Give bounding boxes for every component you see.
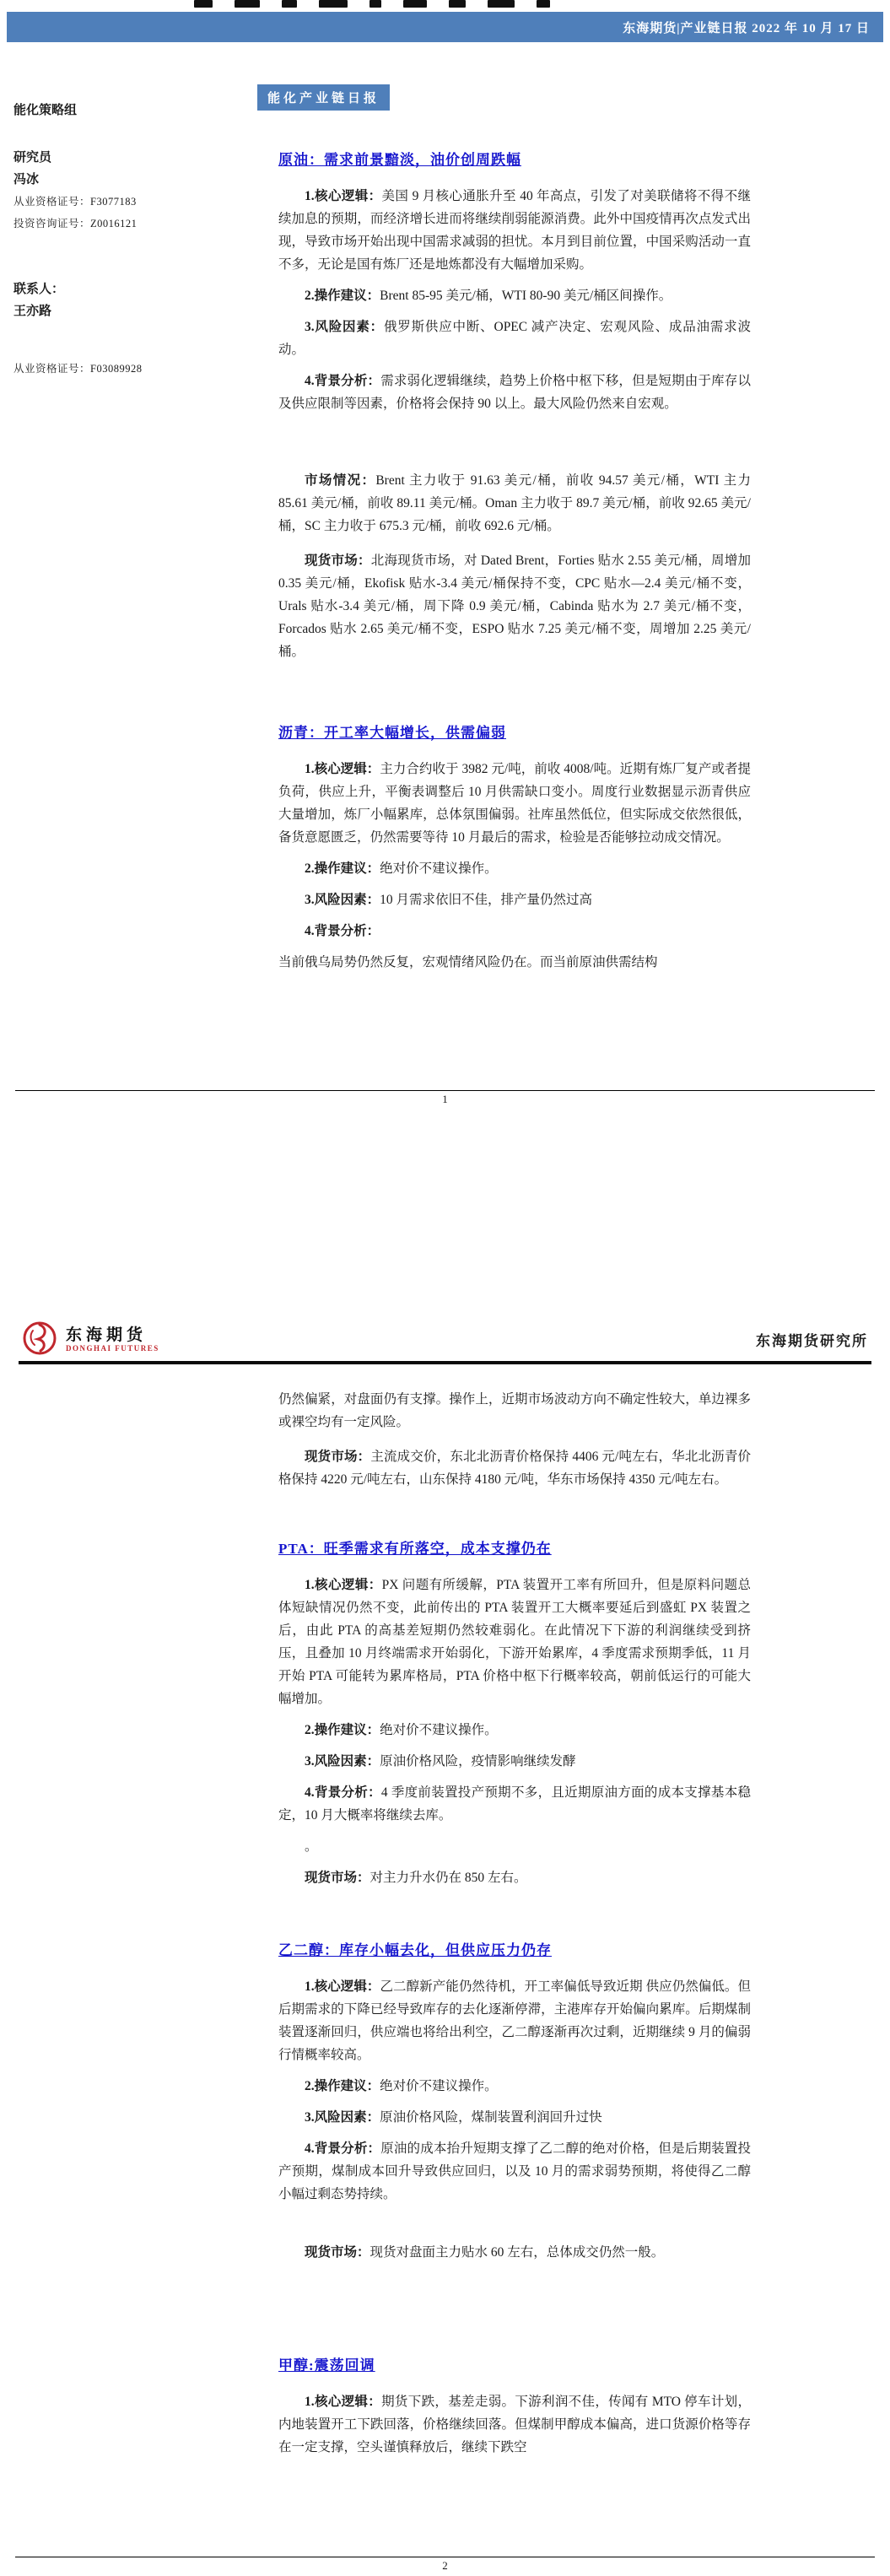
meg-advice: 2.操作建议：绝对价不建议操作。 [278, 2075, 751, 2098]
report-header-title: 东海期货|产业链日报 2022 年 10 月 17 日 [623, 19, 870, 36]
page-number: 2 [442, 2559, 448, 2572]
para-lead: 2.操作建议： [305, 2079, 380, 2093]
page-1: 东海期货|产业链日报 2022 年 10 月 17 日 能化策略组 研究员 冯冰… [0, 0, 890, 1110]
pta-spot: 现货市场：对主力升水仍在 850 左右。 [278, 1866, 751, 1889]
para-lead: 4.背景分析： [305, 2141, 380, 2156]
para-lead: 2.操作建议： [305, 289, 380, 303]
report-header-bar: 东海期货|产业链日报 2022 年 10 月 17 日 [7, 12, 883, 42]
asphalt-core-logic: 1.核心逻辑：主力合约收于 3982 元/吨，前收 4008/吨。近期有炼厂复产… [278, 758, 751, 849]
contact-qualification-no: 从业资格证号：F03089928 [13, 358, 157, 380]
page-2: 东海期货 DONGHAI FUTURES 东海期货研究所 仍然偏紧，对盘面仍有支… [0, 1312, 890, 2576]
meg-core-logic: 1.核心逻辑：乙二醇新产能仍然待机，开工率偏低导致近期 供应仍然偏低。但后期需求… [278, 1975, 751, 2066]
page2-footer: 2 [15, 2557, 875, 2573]
para-lead: 1.核心逻辑： [305, 1578, 382, 1592]
para-text: 绝对价不建议操作。 [380, 2079, 498, 2093]
para-text: 绝对价不建议操作。 [380, 861, 498, 876]
page-break-gap [0, 1110, 890, 1312]
para-lead: 现货市场： [305, 554, 371, 568]
para-text: 现货对盘面主力贴水 60 左右，总体成交仍然一般。 [370, 2245, 665, 2260]
para-text: PX 问题有所缓解，PTA 装置开工率有所回升，但是原料问题总体短缺情况仍然不变… [278, 1578, 751, 1706]
author-sidebar: 能化策略组 研究员 冯冰 从业资格证号：F3077183 投资咨询证号：Z001… [13, 100, 157, 380]
header-rule [19, 1361, 871, 1364]
para-lead: 3.风险因素： [305, 320, 384, 334]
meg-background: 4.背景分析：原油的成本抬升短期支撑了乙二醇的绝对价格，但是后期装置投产预期，煤… [278, 2137, 751, 2206]
donghai-brand: 东海期货 DONGHAI FUTURES [20, 1319, 159, 1362]
para-lead: 现货市场： [305, 1871, 370, 1885]
para-text: 。 [305, 1839, 318, 1854]
para-text: 仍然偏紧，对盘面仍有支撑。操作上，近期市场波动方向不确定性较大，单边裸多或裸空均… [278, 1392, 751, 1429]
page2-header: 东海期货 DONGHAI FUTURES 东海期货研究所 [19, 1317, 871, 1361]
para-text: 当前俄乌局势仍然反复，宏观情绪风险仍在。而当前原油供需结构 [278, 955, 658, 969]
crude-section-title: 原油：需求前景黯淡，油价创周跌幅 [278, 149, 751, 171]
para-text: 对主力升水仍在 850 左右。 [370, 1871, 527, 1885]
para-lead: 现货市场： [305, 1450, 370, 1464]
para-lead: 1.核心逻辑： [305, 2395, 381, 2409]
donghai-logo-icon [20, 1319, 59, 1362]
para-lead: 2.操作建议： [305, 1723, 380, 1737]
team-name: 能化策略组 [13, 100, 157, 122]
crude-spot: 现货市场：北海现货市场，对 Dated Brent，Forties 贴水 2.5… [278, 549, 751, 663]
meg-risks: 3.风险因素：原油价格风险，煤制装置利润回升过快 [278, 2106, 751, 2129]
pta-section-title: PTA：旺季需求有所落空，成本支撑仍在 [278, 1538, 751, 1560]
para-lead: 市场情况： [305, 473, 375, 488]
asphalt-background-lead: 4.背景分析： [278, 920, 751, 942]
para-text: 绝对价不建议操作。 [380, 1723, 498, 1737]
methanol-section-title: 甲醇:震荡回调 [278, 2355, 751, 2377]
pta-background: 4.背景分析：4 季度前装置投产预期不多，且近期原油方面的成本支撑基本稳定，10… [278, 1781, 751, 1827]
asphalt-background-text: 当前俄乌局势仍然反复，宏观情绪风险仍在。而当前原油供需结构 [278, 951, 751, 974]
page2-main-column: 仍然偏紧，对盘面仍有支撑。操作上，近期市场波动方向不确定性较大，单边裸多或裸空均… [278, 1312, 751, 2459]
methanol-core-logic: 1.核心逻辑：期货下跌，基差走弱。下游利润不佳，传闻有 MTO 停车计划，内地装… [278, 2390, 751, 2459]
para-text: 原油价格风险，疫情影响继续发酵 [380, 1754, 576, 1769]
crude-market: 市场情况：Brent 主力收于 91.63 美元/桶，前收 94.57 美元/桶… [278, 469, 751, 537]
crude-background: 4.背景分析：需求弱化逻辑继续，趋势上价格中枢下移，但是短期由于库存以及供应限制… [278, 370, 751, 415]
advisory-no: 投资咨询证号：Z0016121 [13, 213, 157, 235]
crude-advice: 2.操作建议：Brent 85-95 美元/桶，WTI 80-90 美元/桶区间… [278, 284, 751, 307]
para-text: 原油价格风险，煤制装置利润回升过快 [380, 2110, 602, 2125]
page1-main-column: 能化产业链日报 原油：需求前景黯淡，油价创周跌幅 1.核心逻辑：美国 9 月核心… [278, 0, 751, 974]
cropped-text-fragments [194, 0, 717, 8]
para-lead: 4.背景分析： [305, 374, 380, 388]
asphalt-advice: 2.操作建议：绝对价不建议操作。 [278, 857, 751, 880]
asphalt-spot: 现货市场：主流成交价，东北北沥青价格保持 4406 元/吨左右，华北北沥青价格保… [278, 1445, 751, 1491]
para-text: Brent 85-95 美元/桶，WTI 80-90 美元/桶区间操作。 [380, 289, 672, 303]
para-lead: 1.核心逻辑： [305, 762, 380, 776]
report-badge: 能化产业链日报 [257, 84, 390, 111]
para-text: 10 月需求依旧不佳，排产量仍然过高 [380, 893, 592, 907]
pta-risks: 3.风险因素：原油价格风险，疫情影响继续发酵 [278, 1750, 751, 1773]
para-lead: 4.背景分析： [305, 924, 380, 938]
para-lead: 3.风险因素： [305, 893, 380, 907]
asphalt-background-continued: 仍然偏紧，对盘面仍有支撑。操作上，近期市场波动方向不确定性较大，单边裸多或裸空均… [278, 1388, 751, 1434]
pta-advice: 2.操作建议：绝对价不建议操作。 [278, 1719, 751, 1742]
para-lead: 1.核心逻辑： [305, 1979, 380, 1994]
para-lead: 1.核心逻辑： [305, 189, 382, 203]
contact-name: 王亦路 [13, 300, 157, 322]
contact-label: 联系人： [13, 278, 157, 300]
institute-name: 东海期货研究所 [756, 1329, 868, 1350]
role-label: 研究员 [13, 147, 157, 169]
crude-risks: 3.风险因素：俄罗斯供应中断、OPEC 减产决定、宏观风险、成品油需求波动。 [278, 316, 751, 361]
meg-spot: 现货市场：现货对盘面主力贴水 60 左右，总体成交仍然一般。 [278, 2241, 751, 2264]
asphalt-risks: 3.风险因素：10 月需求依旧不佳，排产量仍然过高 [278, 888, 751, 911]
pta-stray-period: 。 [278, 1835, 751, 1858]
para-text: 北海现货市场，对 Dated Brent，Forties 贴水 2.55 美元/… [278, 554, 751, 659]
meg-section-title: 乙二醇：库存小幅去化，但供应压力仍存 [278, 1940, 751, 1962]
page1-footer: 1 [15, 1090, 875, 1106]
pta-core-logic: 1.核心逻辑：PX 问题有所缓解，PTA 装置开工率有所回升，但是原料问题总体短… [278, 1574, 751, 1710]
brand-name-cn: 东海期货 [66, 1327, 159, 1345]
asphalt-section-title: 沥青：开工率大幅增长，供需偏弱 [278, 722, 751, 744]
para-lead: 2.操作建议： [305, 861, 380, 876]
para-lead: 3.风险因素： [305, 1754, 380, 1769]
para-lead: 3.风险因素： [305, 2110, 380, 2125]
page-number: 1 [442, 1093, 448, 1105]
qualification-no: 从业资格证号：F3077183 [13, 191, 157, 213]
brand-name-en: DONGHAI FUTURES [66, 1345, 159, 1353]
para-lead: 4.背景分析： [305, 1785, 381, 1800]
crude-core-logic: 1.核心逻辑：美国 9 月核心通胀升至 40 年高点，引发了对美联储将不得不继续… [278, 185, 751, 276]
para-lead: 现货市场： [305, 2245, 370, 2260]
researcher-name: 冯冰 [13, 169, 157, 191]
